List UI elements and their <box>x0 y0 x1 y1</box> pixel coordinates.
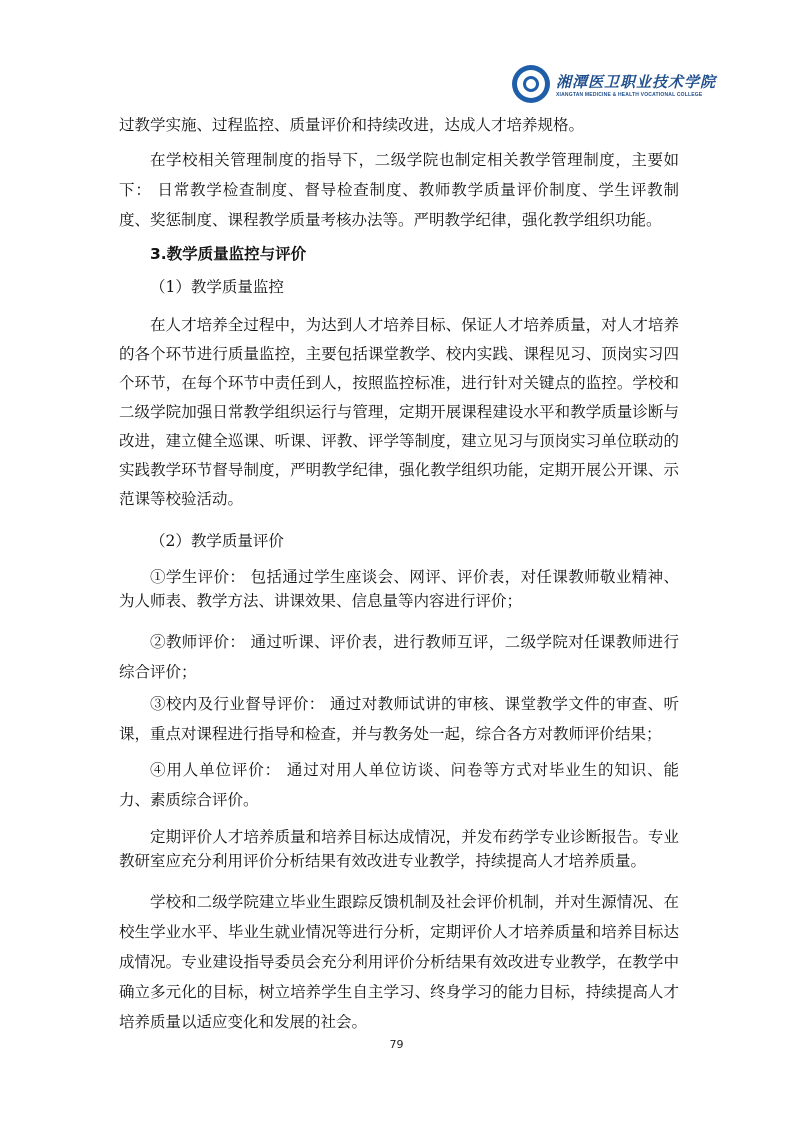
document-body: 过教学实施、过程监控、质量评价和持续改进，达成人才培养规格。 在学校相关管理制度… <box>119 112 679 1037</box>
logo-english-name: XIANGTAN MEDICINE & HEALTH VOCATIONAL CO… <box>556 92 716 98</box>
subsection-heading-monitoring: （1）教学质量监控 <box>119 274 679 301</box>
section-heading: 3.教学质量监控与评价 <box>119 241 679 268</box>
paragraph-management-system: 在学校相关管理制度的指导下，二级学院也制定相关教学管理制度，主要如下： 日常教学… <box>119 145 679 235</box>
logo-chinese-name: 湘潭医卫职业技术学院 <box>556 71 716 92</box>
logo-text: 湘潭医卫职业技术学院 XIANGTAN MEDICINE & HEALTH VO… <box>556 71 716 98</box>
paragraph-monitoring: 在人才培养全过程中，为达到人才培养目标、保证人才培养质量，对人才培养的各个环节进… <box>119 311 679 514</box>
evaluation-item-teachers: ②教师评价： 通过听课、评价表，进行教师互评，二级学院对任课教师进行综合评价； <box>119 627 679 687</box>
paragraph-graduate-tracking: 学校和二级学院建立毕业生跟踪反馈机制及社会评价机制，并对生源情况、在校生学业水平… <box>119 887 679 1037</box>
evaluation-item-students: ①学生评价： 包括通过学生座谈会、网评、评价表，对任课教师敬业精神、为人师表、教… <box>119 565 679 613</box>
page-number: 79 <box>0 1038 793 1051</box>
evaluation-item-employers: ④用人单位评价： 通过对用人单位访谈、问卷等方式对毕业生的知识、能力、素质综合评… <box>119 755 679 815</box>
subsection-heading-evaluation: （2）教学质量评价 <box>119 528 679 555</box>
college-logo: 湘潭医卫职业技术学院 XIANGTAN MEDICINE & HEALTH VO… <box>512 65 716 103</box>
paragraph-continuation: 过教学实施、过程监控、质量评价和持续改进，达成人才培养规格。 <box>119 112 679 139</box>
college-seal-icon <box>512 65 550 103</box>
evaluation-item-supervision: ③校内及行业督导评价： 通过对教师试讲的审核、课堂教学文件的审查、听课，重点对课… <box>119 689 679 749</box>
paragraph-periodic-evaluation: 定期评价人才培养质量和培养目标达成情况，并发布药学专业诊断报告。专业教研室应充分… <box>119 825 679 873</box>
